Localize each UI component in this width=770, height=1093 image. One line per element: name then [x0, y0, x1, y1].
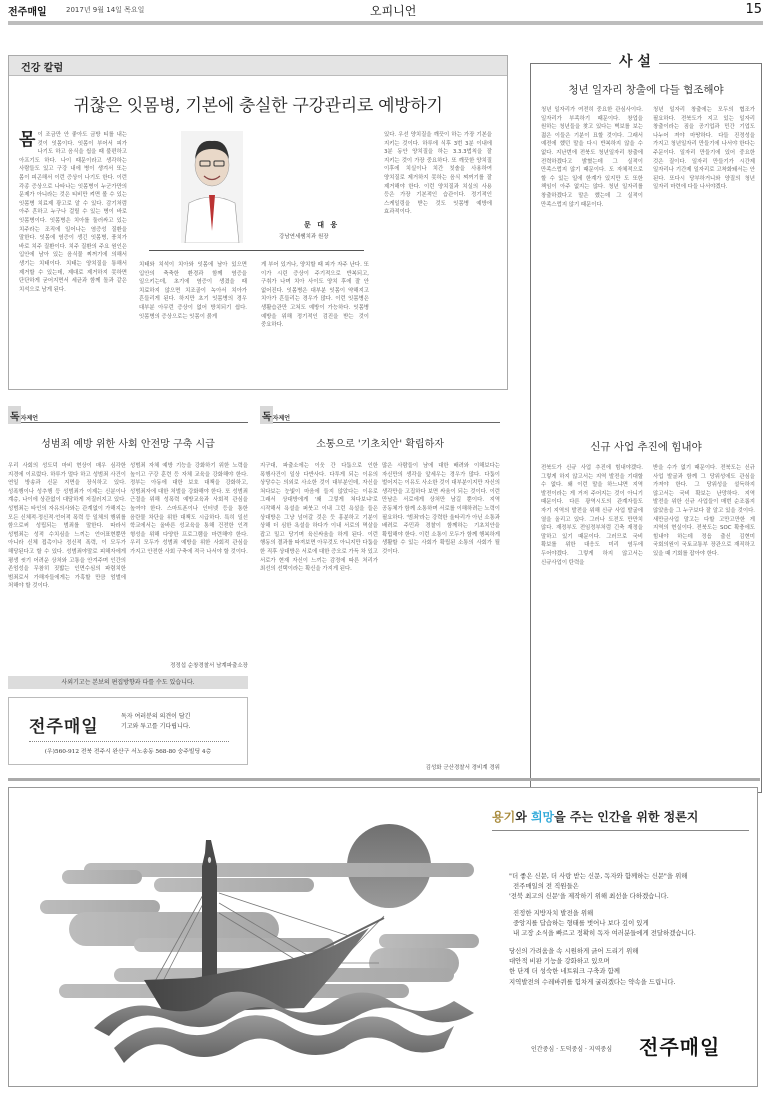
health-column-title: 귀찮은 잇몸병, 기본에 충실한 구강관리로 예방하기 — [9, 91, 507, 116]
section-divider — [8, 778, 760, 781]
reader-right-text-1: 지구대, 파출소에는 이웃 간 다툼으로 인한 폭행사건이 일상 다반사다. 다… — [260, 462, 378, 574]
health-column-text-4: 있다. 우선 양치질을 깨끗이 하는 가장 기본을 지키는 것이다. 하루에 식… — [384, 131, 492, 217]
dotted-divider — [29, 741, 229, 742]
reader-right-text-2: 많은 사람들이 남에 대한 배려와 이해보다는 자신만의 생각을 앞세우는 경우… — [382, 462, 500, 557]
reader-left-byline: 정정섭 순창경찰서 남계파출소장 — [130, 661, 248, 669]
author-photo — [181, 131, 243, 243]
masthead-divider — [8, 21, 763, 25]
ad-logo: 전주매일 — [639, 1031, 720, 1060]
author-divider — [149, 250, 364, 251]
reader-header-small: 자제언 — [273, 415, 290, 422]
reader-left-title: 성범죄 예방 위한 사회 안전망 구축 시급 — [8, 435, 248, 450]
ad-slogan-divider — [492, 830, 749, 831]
editorial-1-text-1: 청년 일자리가 여전히 중요한 관심사이다. 일자리가 부족하기 때문이다. 창… — [541, 106, 643, 209]
health-column-text-2: 치태와 치석이 치아와 잇몸에 남아 있으면 입안의 축축한 환경과 함께 염증… — [139, 261, 247, 321]
reader-header-big: 독 — [8, 406, 21, 424]
editorial-tag: 사 설 — [611, 51, 659, 71]
editorial-2-text-2: 받을 수가 없기 때문이다. 전북도는 신규 사업 발굴과 함께 그 당위성에도… — [653, 464, 755, 559]
ad-paragraph-1: "더 좋은 신문, 더 사랑 받는 신문, 독자와 함께하는 신문"을 위해 전… — [509, 871, 687, 902]
section-title: 오피니언 — [370, 2, 416, 19]
editorial-title-2: 신규 사업 추진에 힘내야 — [531, 439, 761, 454]
health-column-header: 건강 칼럼 — [9, 56, 507, 76]
ship-illustration — [34, 808, 484, 1068]
health-column-text-1: 몸 이 조금만 안 좋아도 금방 티를 내는 것이 잇몸이다. 잇몸이 부어서 … — [19, 131, 127, 294]
ad-tagline: 인간중심 · 도덕중심 · 지역중심 — [531, 1044, 612, 1053]
disclaimer-bar: 사외기고는 본보의 편집방향과 다를 수도 있습니다. — [8, 676, 248, 689]
health-column-text-3: 게 부어 있거나, 양치할 때 피가 자주 난다. 또 이가 시린 증상이 주기… — [261, 261, 369, 330]
issue-date: 2017년 9월 14일 목요일 — [66, 5, 144, 15]
dropcap: 몸 — [19, 131, 35, 149]
author-name: 문 대 웅 — [304, 220, 339, 230]
editorial-1-text-2: 청년 일자리 창출에는 모두의 협조가 필요하다. 전북도가 지고 있는 일자리… — [653, 106, 755, 192]
reader-column-header-right: 독자제언 — [260, 405, 500, 423]
contribution-message: 독자 여러분의 의견이 담긴 기고와 투고를 기다립니다. — [121, 712, 190, 732]
page-number: 15 — [745, 2, 762, 17]
ad-slogan: 용기와 희망을 주는 인간을 위한 정론지 — [492, 808, 698, 825]
contribution-logo: 전주매일 — [29, 712, 99, 737]
health-column: 건강 칼럼 귀찮은 잇몸병, 기본에 충실한 구강관리로 예방하기 몸 이 조금… — [8, 55, 508, 390]
reader-header-small: 자제언 — [21, 415, 38, 422]
author-role: 강남연세쌤치과 원장 — [279, 232, 329, 240]
reader-right-title: 소통으로 '기초치안' 확립하자 — [260, 435, 500, 450]
editorial-title-1: 청년 일자리 창출에 다들 협조해야 — [531, 82, 761, 97]
ad-paragraph-2: 진정한 지방자치 발전을 위해 중앙지를 답습하는 형태를 벗어나 보다 깊이 … — [509, 908, 696, 939]
newspaper-ad: 용기와 희망을 주는 인간을 위한 정론지 "더 좋은 신문, 더 사랑 받는 … — [8, 787, 758, 1087]
reader-column-header-left: 독자제언 — [8, 405, 248, 423]
editorial-2-text-1: 전북도가 신규 사업 추진에 힘내야겠다. 그렇게 하지 않고서는 지역 발전을… — [541, 464, 643, 567]
reader-header-big: 독 — [260, 406, 273, 424]
reader-left-text-2: 성범죄 자체 예방 기능을 강화하기 위한 노력을 높이고 구강 훈련 등 자체… — [130, 462, 248, 557]
ad-paragraph-3: 당신의 가려움을 속 시원하게 긁어 드리기 위해 대안적 비판 기능을 강화하… — [509, 946, 676, 987]
paper-name: 전주매일 — [8, 3, 47, 18]
reader-left-text-1: 우리 사회의 성도덕 마비 현상이 매우 심각한 지경에 이르렀다. 하루가 멀… — [8, 462, 126, 591]
wave-icon — [114, 1015, 454, 1063]
contribution-box: 전주매일 독자 여러분의 의견이 담긴 기고와 투고를 기다립니다. (우)56… — [8, 697, 248, 765]
contribution-address: (우)560-912 전북 전주시 완산구 서노송동 568-80 숭주빌딩 4… — [9, 746, 247, 755]
page-masthead: 전주매일 2017년 9월 14일 목요일 오피니언 15 — [8, 0, 770, 30]
editorial-box: 사 설 청년 일자리 창출에 다들 협조해야 청년 일자리가 여전히 중요한 관… — [530, 63, 762, 793]
reader-right-byline: 김성화 군산경찰서 경비계 경위 — [382, 763, 500, 771]
